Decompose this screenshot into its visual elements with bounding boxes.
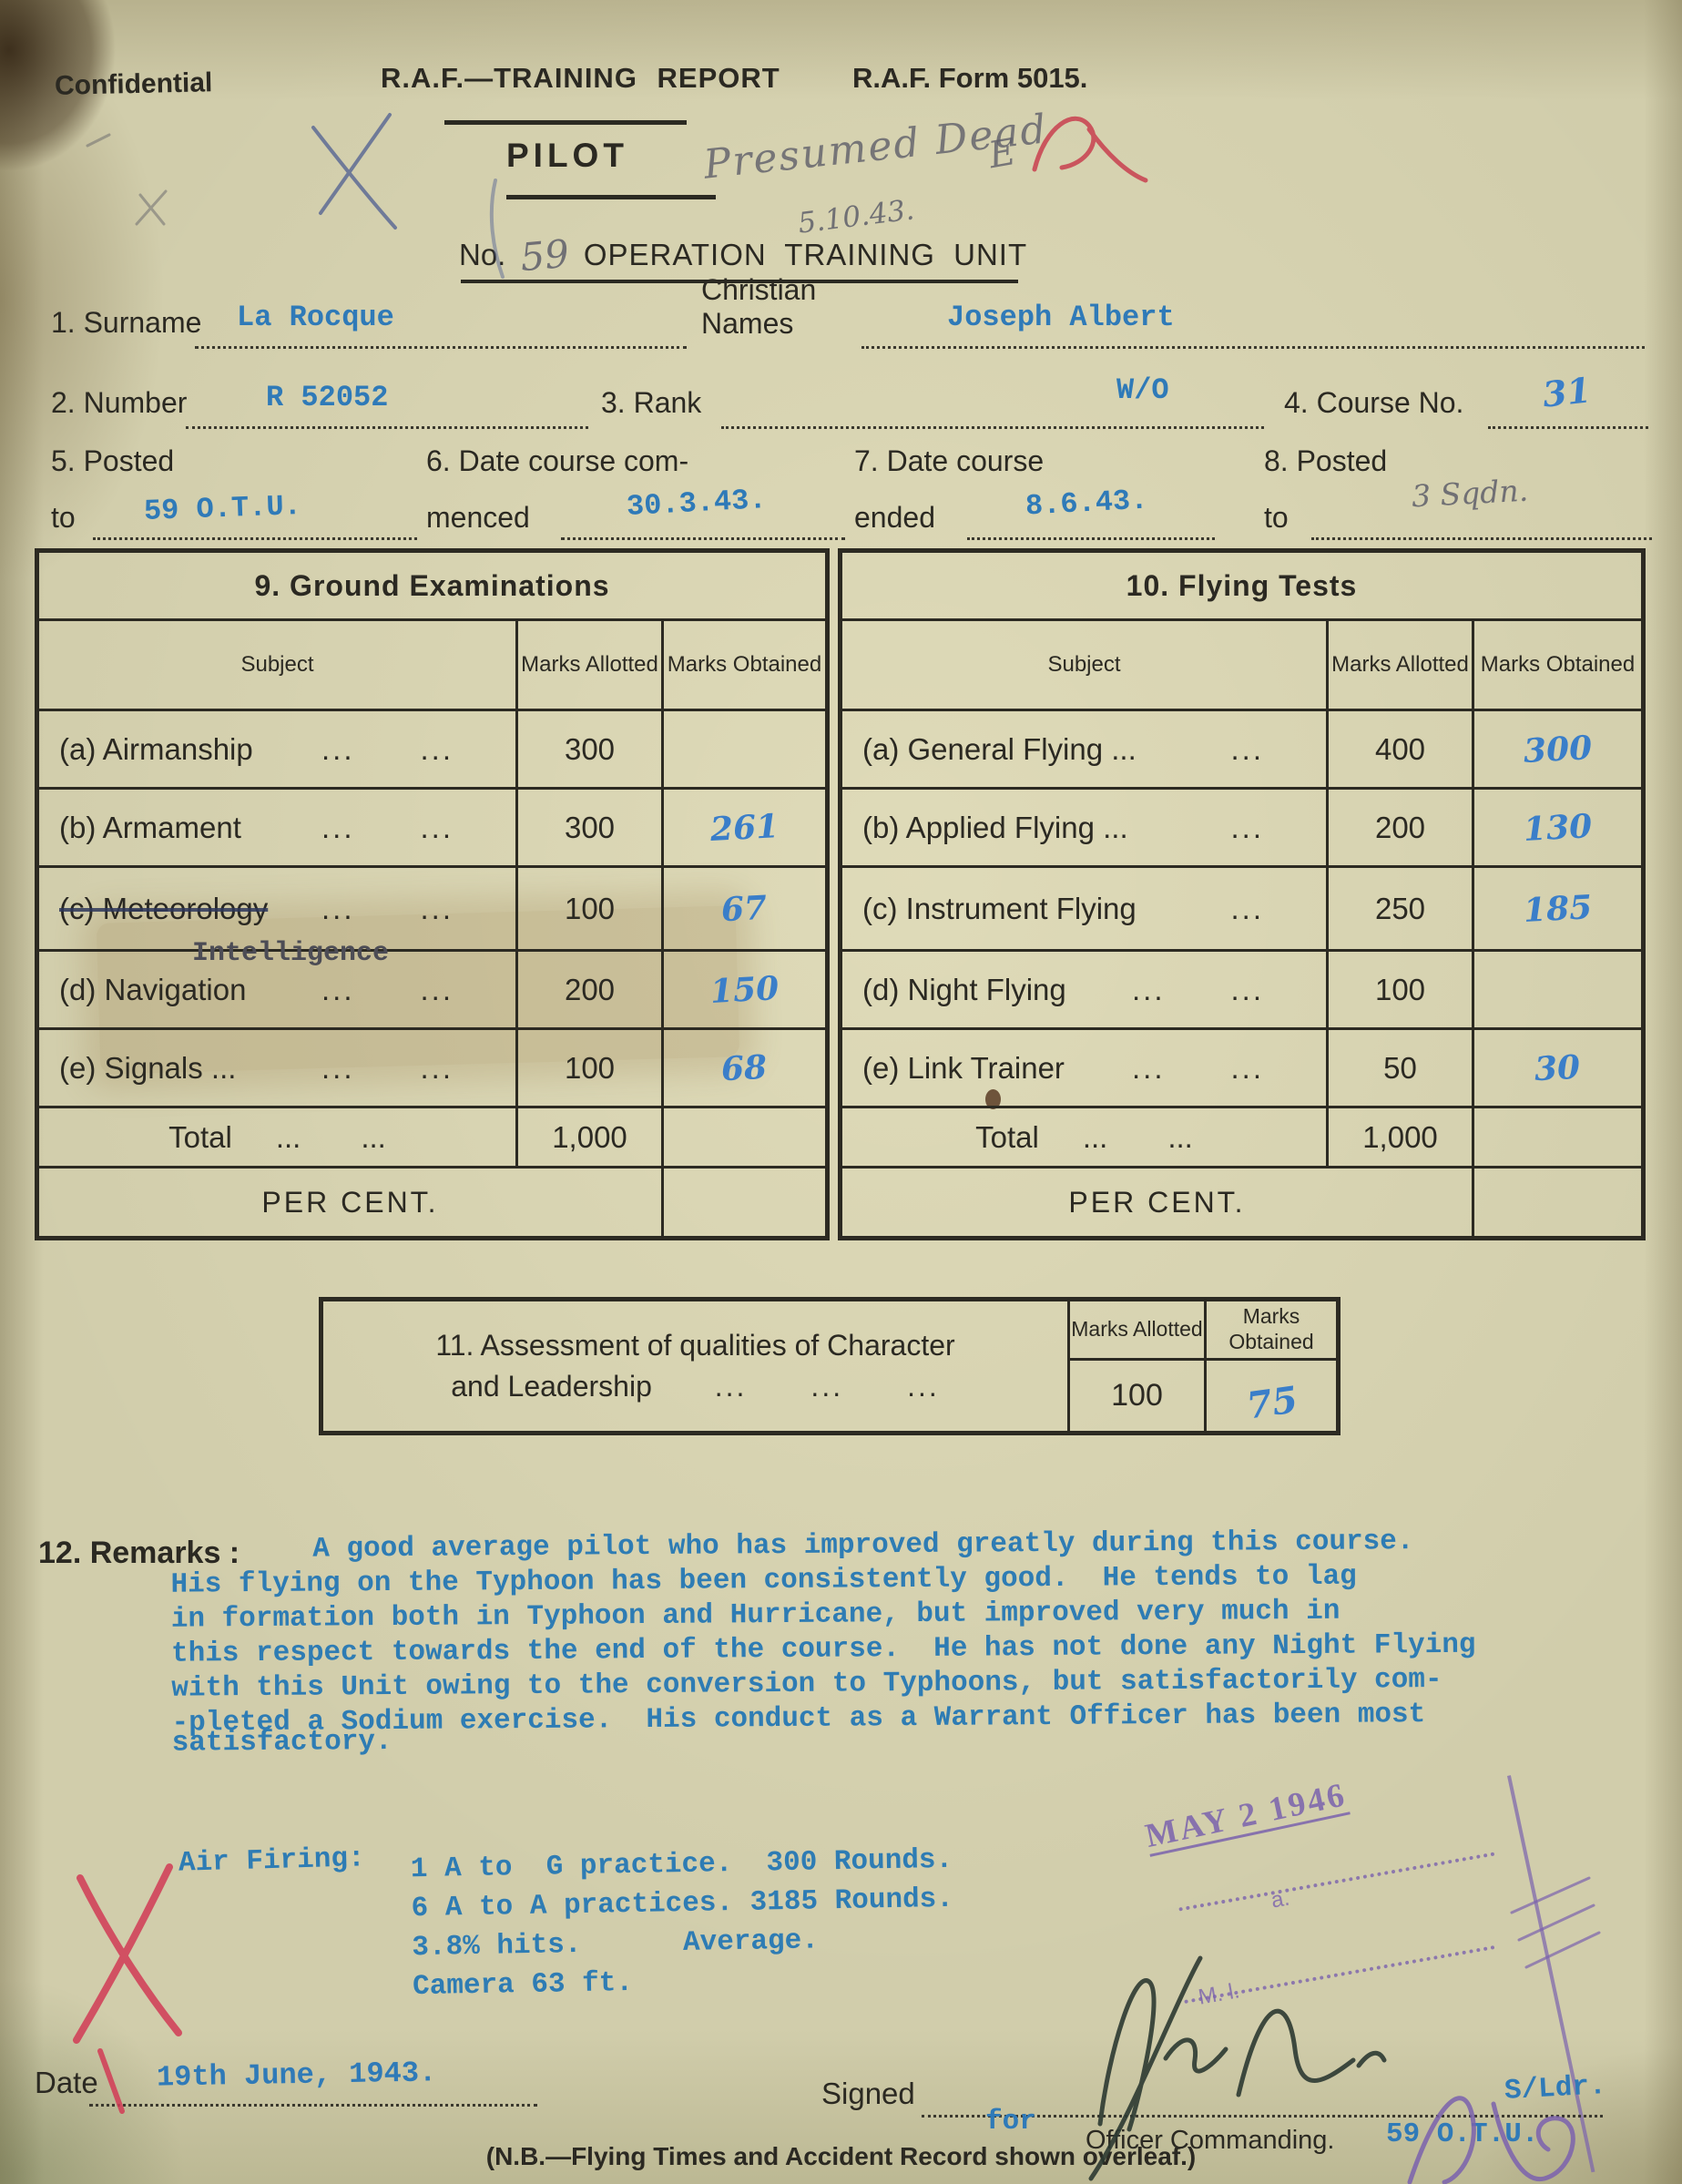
marks-obtained: 67: [720, 888, 768, 929]
dot-leaders: ...: [1230, 732, 1264, 767]
unit-no-label: No.: [459, 238, 505, 272]
marks-allotted: 100: [517, 1029, 663, 1107]
stamp-letters: M. l.: [1197, 1978, 1242, 2010]
flying-row-night: (d) Night Flying... ... 100: [841, 951, 1644, 1029]
percent-obtained-cell: [663, 1168, 828, 1239]
assessment-line2-text: and Leadership: [451, 1370, 652, 1403]
christian-label-line2: Names: [701, 307, 816, 341]
signed-for: for: [985, 2106, 1036, 2138]
dot-leaders: ... ...: [321, 1051, 454, 1086]
assessment-box: 11. Assessment of qualities of Character…: [319, 1297, 1341, 1435]
ended-value: 8.6.43.: [1024, 484, 1148, 524]
course-label: 4. Course No.: [1284, 386, 1463, 420]
flying-row-instrument: (c) Instrument Flying... 250 185: [841, 867, 1644, 951]
marks-allotted: 100: [517, 867, 663, 951]
flying-row-total: Total... ... 1,000: [841, 1107, 1644, 1168]
christian-label-line1: Christian: [701, 273, 816, 307]
air-firing-details: 1 A to G practice. 300 Rounds. 6 A to A …: [411, 1841, 955, 2006]
ground-row-armament: (b) Armament... ... 300 261: [37, 789, 828, 867]
assessment-allotted-col: Marks Allotted 100: [1070, 1301, 1207, 1431]
subject-text: (a) Airmanship: [59, 732, 253, 767]
assessment-line1: 11. Assessment of qualities of Character: [332, 1329, 1058, 1362]
total-label: Total: [168, 1120, 232, 1155]
total-allotted: 1,000: [1328, 1107, 1473, 1168]
ground-examinations-table: 9. Ground Examinations Subject Marks All…: [35, 548, 830, 1240]
ground-col-subject: Subject: [37, 620, 517, 710]
remarks-text: A good average pilot who has improved gr…: [170, 1523, 1657, 1760]
page-subtitle: PILOT: [506, 137, 628, 175]
subject-text: (b) Applied Flying ...: [862, 811, 1128, 845]
ended-line: [967, 537, 1215, 540]
percent-label: PER CENT.: [841, 1168, 1473, 1239]
total-label: Total: [975, 1120, 1039, 1155]
posted-to-label: to: [51, 501, 76, 535]
unit-line: No. 59 OPERATION TRAINING UNIT: [459, 230, 1027, 274]
title-rule: [444, 120, 687, 125]
dot-leaders: ...: [1230, 892, 1264, 926]
posted-to-line: [93, 537, 417, 540]
posted-to-value: 59 O.T.U.: [143, 489, 301, 528]
marks-allotted: 50: [1328, 1029, 1473, 1107]
flying-row-general: (a) General Flying ...... 400 300: [841, 710, 1644, 789]
christian-names-line: [861, 346, 1645, 349]
marks-obtained: 130: [1523, 807, 1593, 849]
marks-obtained: 300: [1523, 729, 1593, 771]
marks-allotted: 250: [1328, 867, 1473, 951]
number-label: 2. Number: [51, 386, 187, 420]
unit-number-handwritten: 59: [519, 231, 572, 280]
subject-text: (b) Armament: [59, 811, 241, 845]
number-line: [186, 426, 588, 429]
assessment-col-obtained: Marks Obtained: [1207, 1301, 1336, 1361]
christian-names-value: Joseph Albert: [947, 301, 1175, 334]
commenced-line: [561, 537, 845, 540]
subject-text: (e) Link Trainer: [862, 1051, 1065, 1086]
dot-leaders: ... ...: [321, 892, 454, 926]
marks-allotted: 300: [517, 789, 663, 867]
flying-col-allotted: Marks Allotted: [1328, 620, 1473, 710]
commenced-value: 30.3.43.: [626, 483, 767, 524]
posted2-to-label: to: [1264, 501, 1289, 535]
marks-allotted: 100: [1328, 951, 1473, 1029]
christian-names-label: Christian Names: [701, 273, 816, 341]
percent-label: PER CENT.: [37, 1168, 663, 1239]
commenced-label2: menced: [426, 501, 530, 535]
posted2-to-line: [1311, 537, 1652, 540]
flying-col-subject: Subject: [841, 620, 1328, 710]
stamp-dotted-line: [1178, 1852, 1494, 1911]
total-allotted: 1,000: [517, 1107, 663, 1168]
subject-text: (e) Signals ...: [59, 1051, 236, 1086]
marks-allotted: 300: [517, 710, 663, 789]
posted-label: 5. Posted: [51, 444, 174, 478]
subject-text-struck: (c) Meteorology: [59, 892, 268, 926]
percent-obtained-cell: [1473, 1168, 1644, 1239]
assessment-allotted-value: 100: [1070, 1361, 1204, 1431]
assessment-col-allotted: Marks Allotted: [1070, 1301, 1204, 1361]
surname-line: [195, 346, 687, 349]
commenced-label: 6. Date course com-: [426, 444, 688, 478]
signed-label: Signed: [821, 2077, 915, 2111]
marks-allotted: 200: [1328, 789, 1473, 867]
ground-row-total: Total... ... 1,000: [37, 1107, 828, 1168]
dot-leaders: ... ...: [1083, 1120, 1193, 1155]
air-firing-label: Air Firing:: [178, 1842, 365, 1879]
flying-row-applied: (b) Applied Flying ...... 200 130: [841, 789, 1644, 867]
air-firing-line: Camera 63 ft.: [413, 1958, 955, 2006]
subject-text: (a) General Flying ...: [862, 732, 1137, 767]
posted2-label: 8. Posted: [1264, 444, 1387, 478]
stamp-hatch-lines: [1512, 1878, 1599, 1967]
date-received-stamp: MAY 2 1946: [1142, 1775, 1351, 1856]
ground-table-title: 9. Ground Examinations: [37, 551, 828, 620]
ended-label2: ended: [854, 501, 935, 535]
assessment-dots: ... ... ...: [715, 1370, 940, 1403]
flying-row-percent: PER CENT.: [841, 1168, 1644, 1239]
marks-obtained: 150: [709, 969, 780, 1011]
dot-leaders: ... ...: [1132, 1051, 1264, 1086]
assessment-obtained-col: Marks Obtained 75: [1207, 1301, 1336, 1431]
flying-tests-table: 10. Flying Tests Subject Marks Allotted …: [838, 548, 1646, 1240]
form-number: R.A.F. Form 5015.: [852, 62, 1087, 95]
pencil-scribble: [87, 135, 166, 224]
dot-leaders: ... ...: [321, 811, 454, 845]
marks-allotted: 200: [517, 951, 663, 1029]
ground-row-signals: (e) Signals ...... ... 100 68: [37, 1029, 828, 1107]
marks-obtained: 68: [720, 1047, 768, 1088]
raf-training-report-form: Confidential R.A.F.—TRAINING REPORT R.A.…: [0, 0, 1682, 2184]
ended-label: 7. Date course: [854, 444, 1044, 478]
dot-leaders: ... ...: [1132, 973, 1264, 1007]
ground-row-navigation: (d) Navigation... ... 200 150: [37, 951, 828, 1029]
ground-col-obtained: Marks Obtained: [663, 620, 828, 710]
footer-note: (N.B.—Flying Times and Accident Record s…: [0, 2142, 1682, 2171]
ground-row-airmanship: (a) Airmanship... ... 300: [37, 710, 828, 789]
ground-col-allotted: Marks Allotted: [517, 620, 663, 710]
stamp-border-line: [1507, 1775, 1595, 2172]
dot-leaders: ...: [1230, 811, 1264, 845]
subject-text: (c) Instrument Flying: [862, 892, 1137, 926]
subject-text: (d) Navigation: [59, 973, 246, 1007]
date-label: Date: [35, 2066, 98, 2100]
signoff-rank: S/Ldr.: [1504, 2070, 1606, 2107]
flying-col-obtained: Marks Obtained: [1473, 620, 1644, 710]
red-check-mark: [1035, 118, 1146, 180]
posted2-to-value: 3 Sqdn.: [1411, 473, 1529, 515]
course-line: [1488, 426, 1648, 429]
classification-label: Confidential: [55, 67, 213, 102]
marks-obtained: 30: [1534, 1047, 1581, 1088]
assessment-text: 11. Assessment of qualities of Character…: [323, 1301, 1070, 1431]
subtitle-rule: [506, 195, 716, 199]
flying-row-link-trainer: (e) Link Trainer... ... 50 30: [841, 1029, 1644, 1107]
flying-table-title: 10. Flying Tests: [841, 551, 1644, 620]
assessment-obtained-value: 75: [1244, 1378, 1300, 1427]
rank-line: [721, 426, 1264, 429]
dot-leaders: ... ...: [276, 1120, 386, 1155]
ground-row-percent: PER CENT.: [37, 1168, 828, 1239]
dot-leaders: ... ...: [321, 732, 454, 767]
marks-allotted: 400: [1328, 710, 1473, 789]
ground-row-meteorology: (c) Meteorology ... ... Intelligence 100…: [37, 867, 828, 951]
surname-value: La Rocque: [237, 301, 394, 334]
surname-label: 1. Surname: [51, 306, 201, 340]
assessment-line2: and Leadership ... ... ...: [332, 1370, 1058, 1403]
marks-obtained: 261: [709, 807, 780, 849]
page-title: R.A.F.—TRAINING REPORT: [381, 62, 780, 95]
number-value: R 52052: [266, 381, 388, 414]
course-value: 31: [1541, 369, 1593, 414]
rank-label: 3. Rank: [601, 386, 701, 420]
rank-value: W/O: [1116, 373, 1169, 407]
marks-obtained: 185: [1523, 888, 1593, 930]
date-value: 19th June, 1943.: [157, 2056, 437, 2094]
subject-replacement: Intelligence: [192, 938, 389, 969]
subject-text: (d) Night Flying: [862, 973, 1066, 1007]
dot-leaders: ... ...: [321, 973, 454, 1007]
unit-text: OPERATION TRAINING UNIT: [584, 238, 1027, 272]
date-line: [89, 2104, 537, 2107]
